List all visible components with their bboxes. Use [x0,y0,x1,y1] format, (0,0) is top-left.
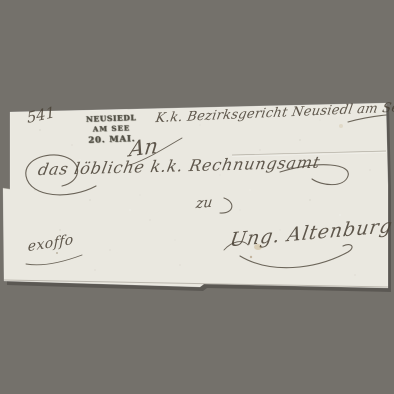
postmark-town-line2: AM SEE [79,122,143,133]
photo-of-folded-letter: 541 NEUSIEDL AM SEE 20. MAI. K.k. Bezirk… [0,0,394,394]
address-preposition: zu [195,195,213,213]
